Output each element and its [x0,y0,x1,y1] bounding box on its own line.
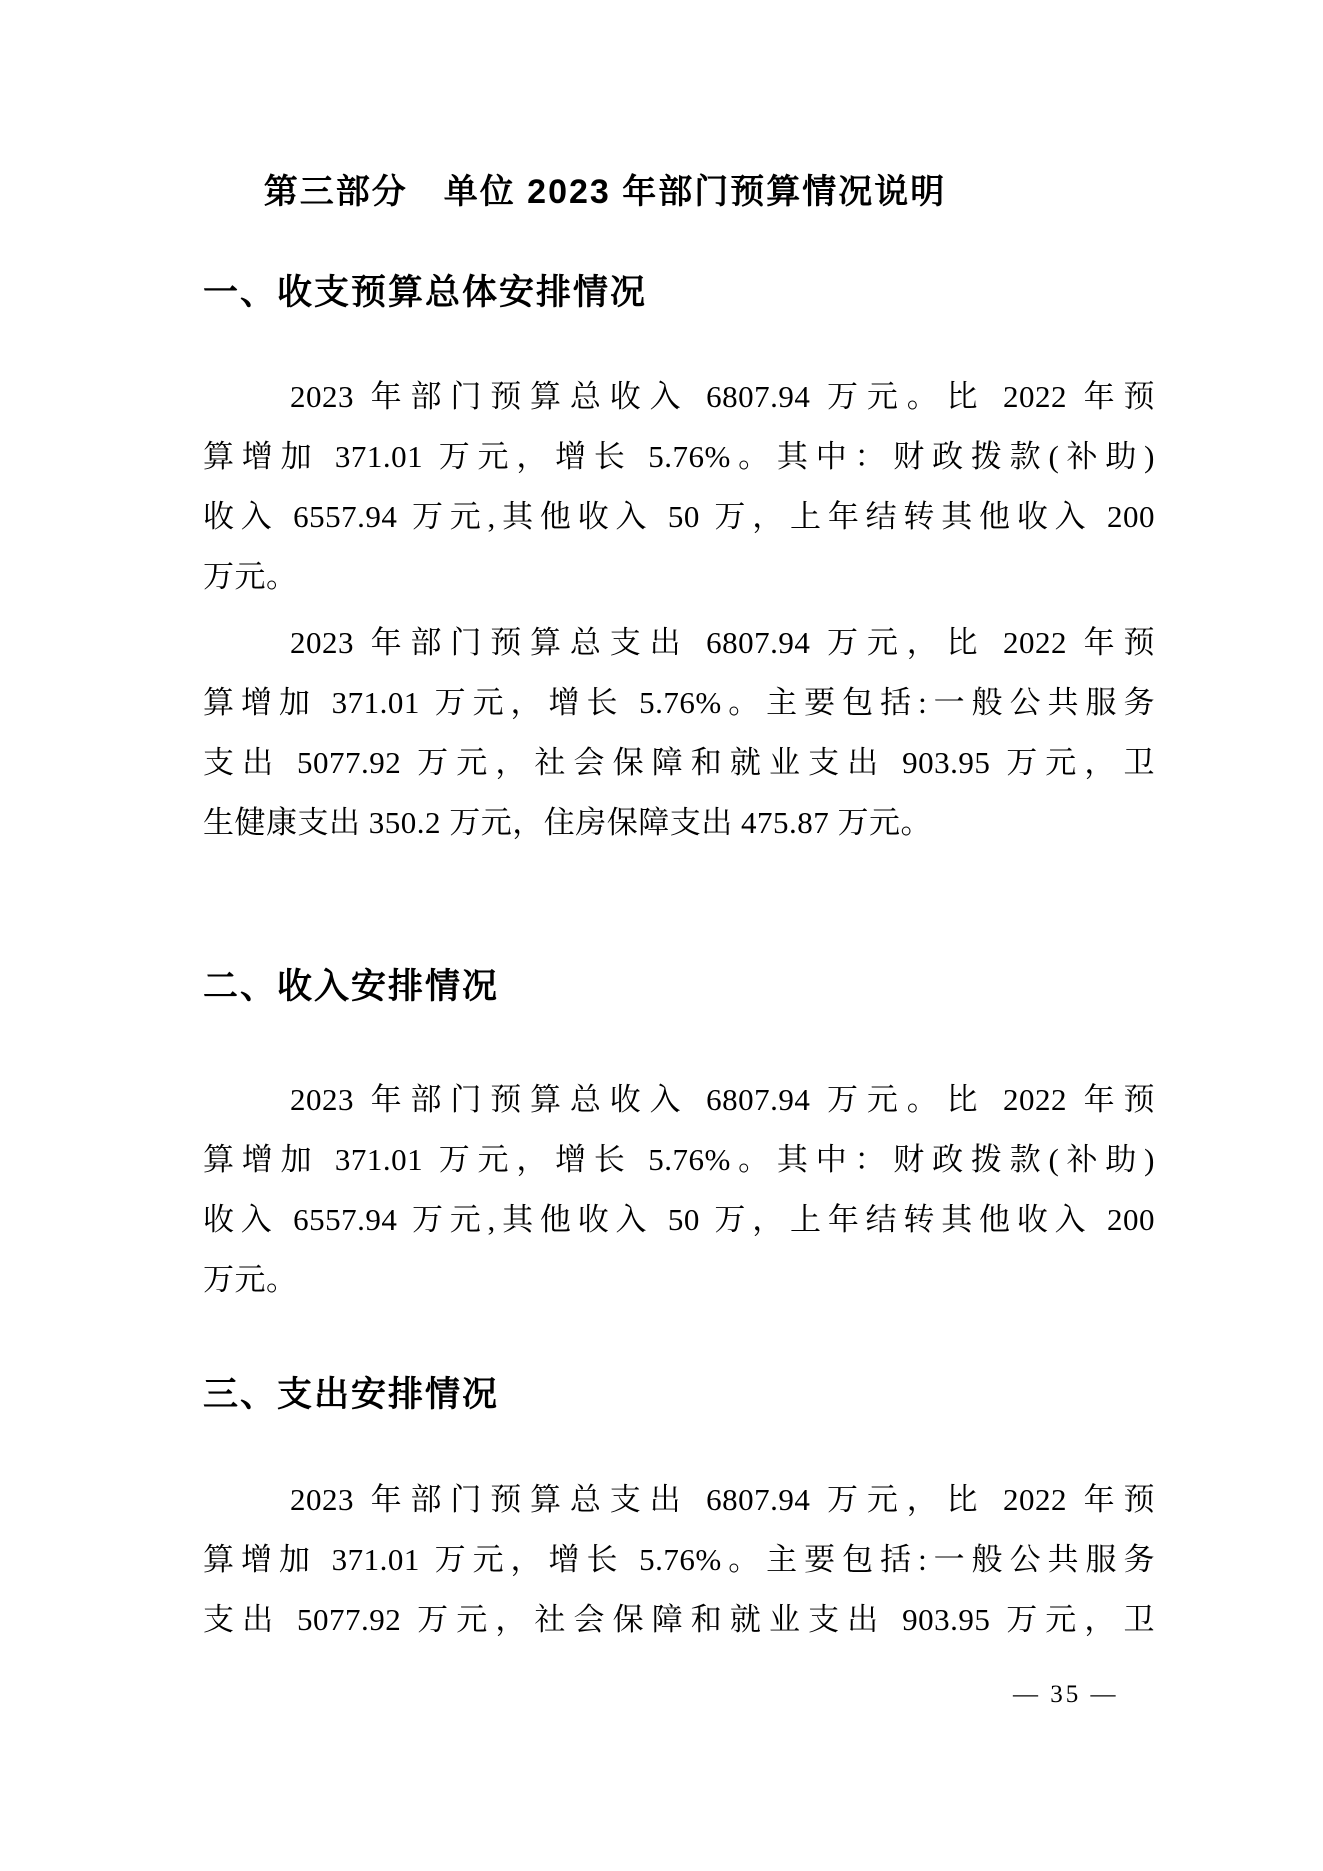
paragraph-line: 2023 年部门预算总支出 6807.94 万元，比 2022 年预 [203,1470,1155,1530]
paragraph-line: 支出 5077.92 万元，社会保障和就业支出 903.95 万元，卫 [203,733,1155,793]
page-number-footer: — 35 — [1013,1678,1119,1712]
section-heading-3: 三、支出安排情况 [203,1373,1155,1417]
paragraph-line: 算增加 371.01 万元，增长 5.76%。其中：财政拨款(补助) [203,1130,1155,1190]
paragraph-line: 算增加 371.01 万元，增长 5.76%。主要包括:一般公共服务 [203,1530,1155,1590]
paragraph-line: 算增加 371.01 万元，增长 5.76%。主要包括:一般公共服务 [203,673,1155,733]
document-title: 第三部分 单位 2023 年部门预算情况说明 [129,169,1081,215]
paragraph-line: 算增加 371.01 万元，增长 5.76%。其中：财政拨款(补助) [203,427,1155,487]
section-heading-2: 二、收入安排情况 [203,965,1155,1009]
paragraph-income-overview: 2023 年部门预算总收入 6807.94 万元。比 2022 年预 算增加 3… [203,367,1155,607]
paragraph-expenditure-overview: 2023 年部门预算总支出 6807.94 万元，比 2022 年预 算增加 3… [203,613,1155,853]
section-heading-1: 一、收支预算总体安排情况 [203,271,1155,315]
paragraph-line: 生健康支出 350.2 万元，住房保障支出 475.87 万元。 [203,793,1155,853]
paragraph-expenditure-detail: 2023 年部门预算总支出 6807.94 万元，比 2022 年预 算增加 3… [203,1470,1155,1650]
paragraph-line: 2023 年部门预算总收入 6807.94 万元。比 2022 年预 [203,367,1155,427]
paragraph-line: 支出 5077.92 万元，社会保障和就业支出 903.95 万元，卫 [203,1590,1155,1650]
paragraph-line: 收入 6557.94 万元,其他收入 50 万，上年结转其他收入 200 [203,487,1155,547]
paragraph-income-detail: 2023 年部门预算总收入 6807.94 万元。比 2022 年预 算增加 3… [203,1070,1155,1310]
paragraph-line: 万元。 [203,1250,1155,1310]
paragraph-line: 2023 年部门预算总支出 6807.94 万元，比 2022 年预 [203,613,1155,673]
paragraph-line: 万元。 [203,547,1155,607]
paragraph-line: 2023 年部门预算总收入 6807.94 万元。比 2022 年预 [203,1070,1155,1130]
paragraph-line: 收入 6557.94 万元,其他收入 50 万，上年结转其他收入 200 [203,1190,1155,1250]
document-page: 第三部分 单位 2023 年部门预算情况说明 一、收支预算总体安排情况 2023… [0,0,1323,1871]
